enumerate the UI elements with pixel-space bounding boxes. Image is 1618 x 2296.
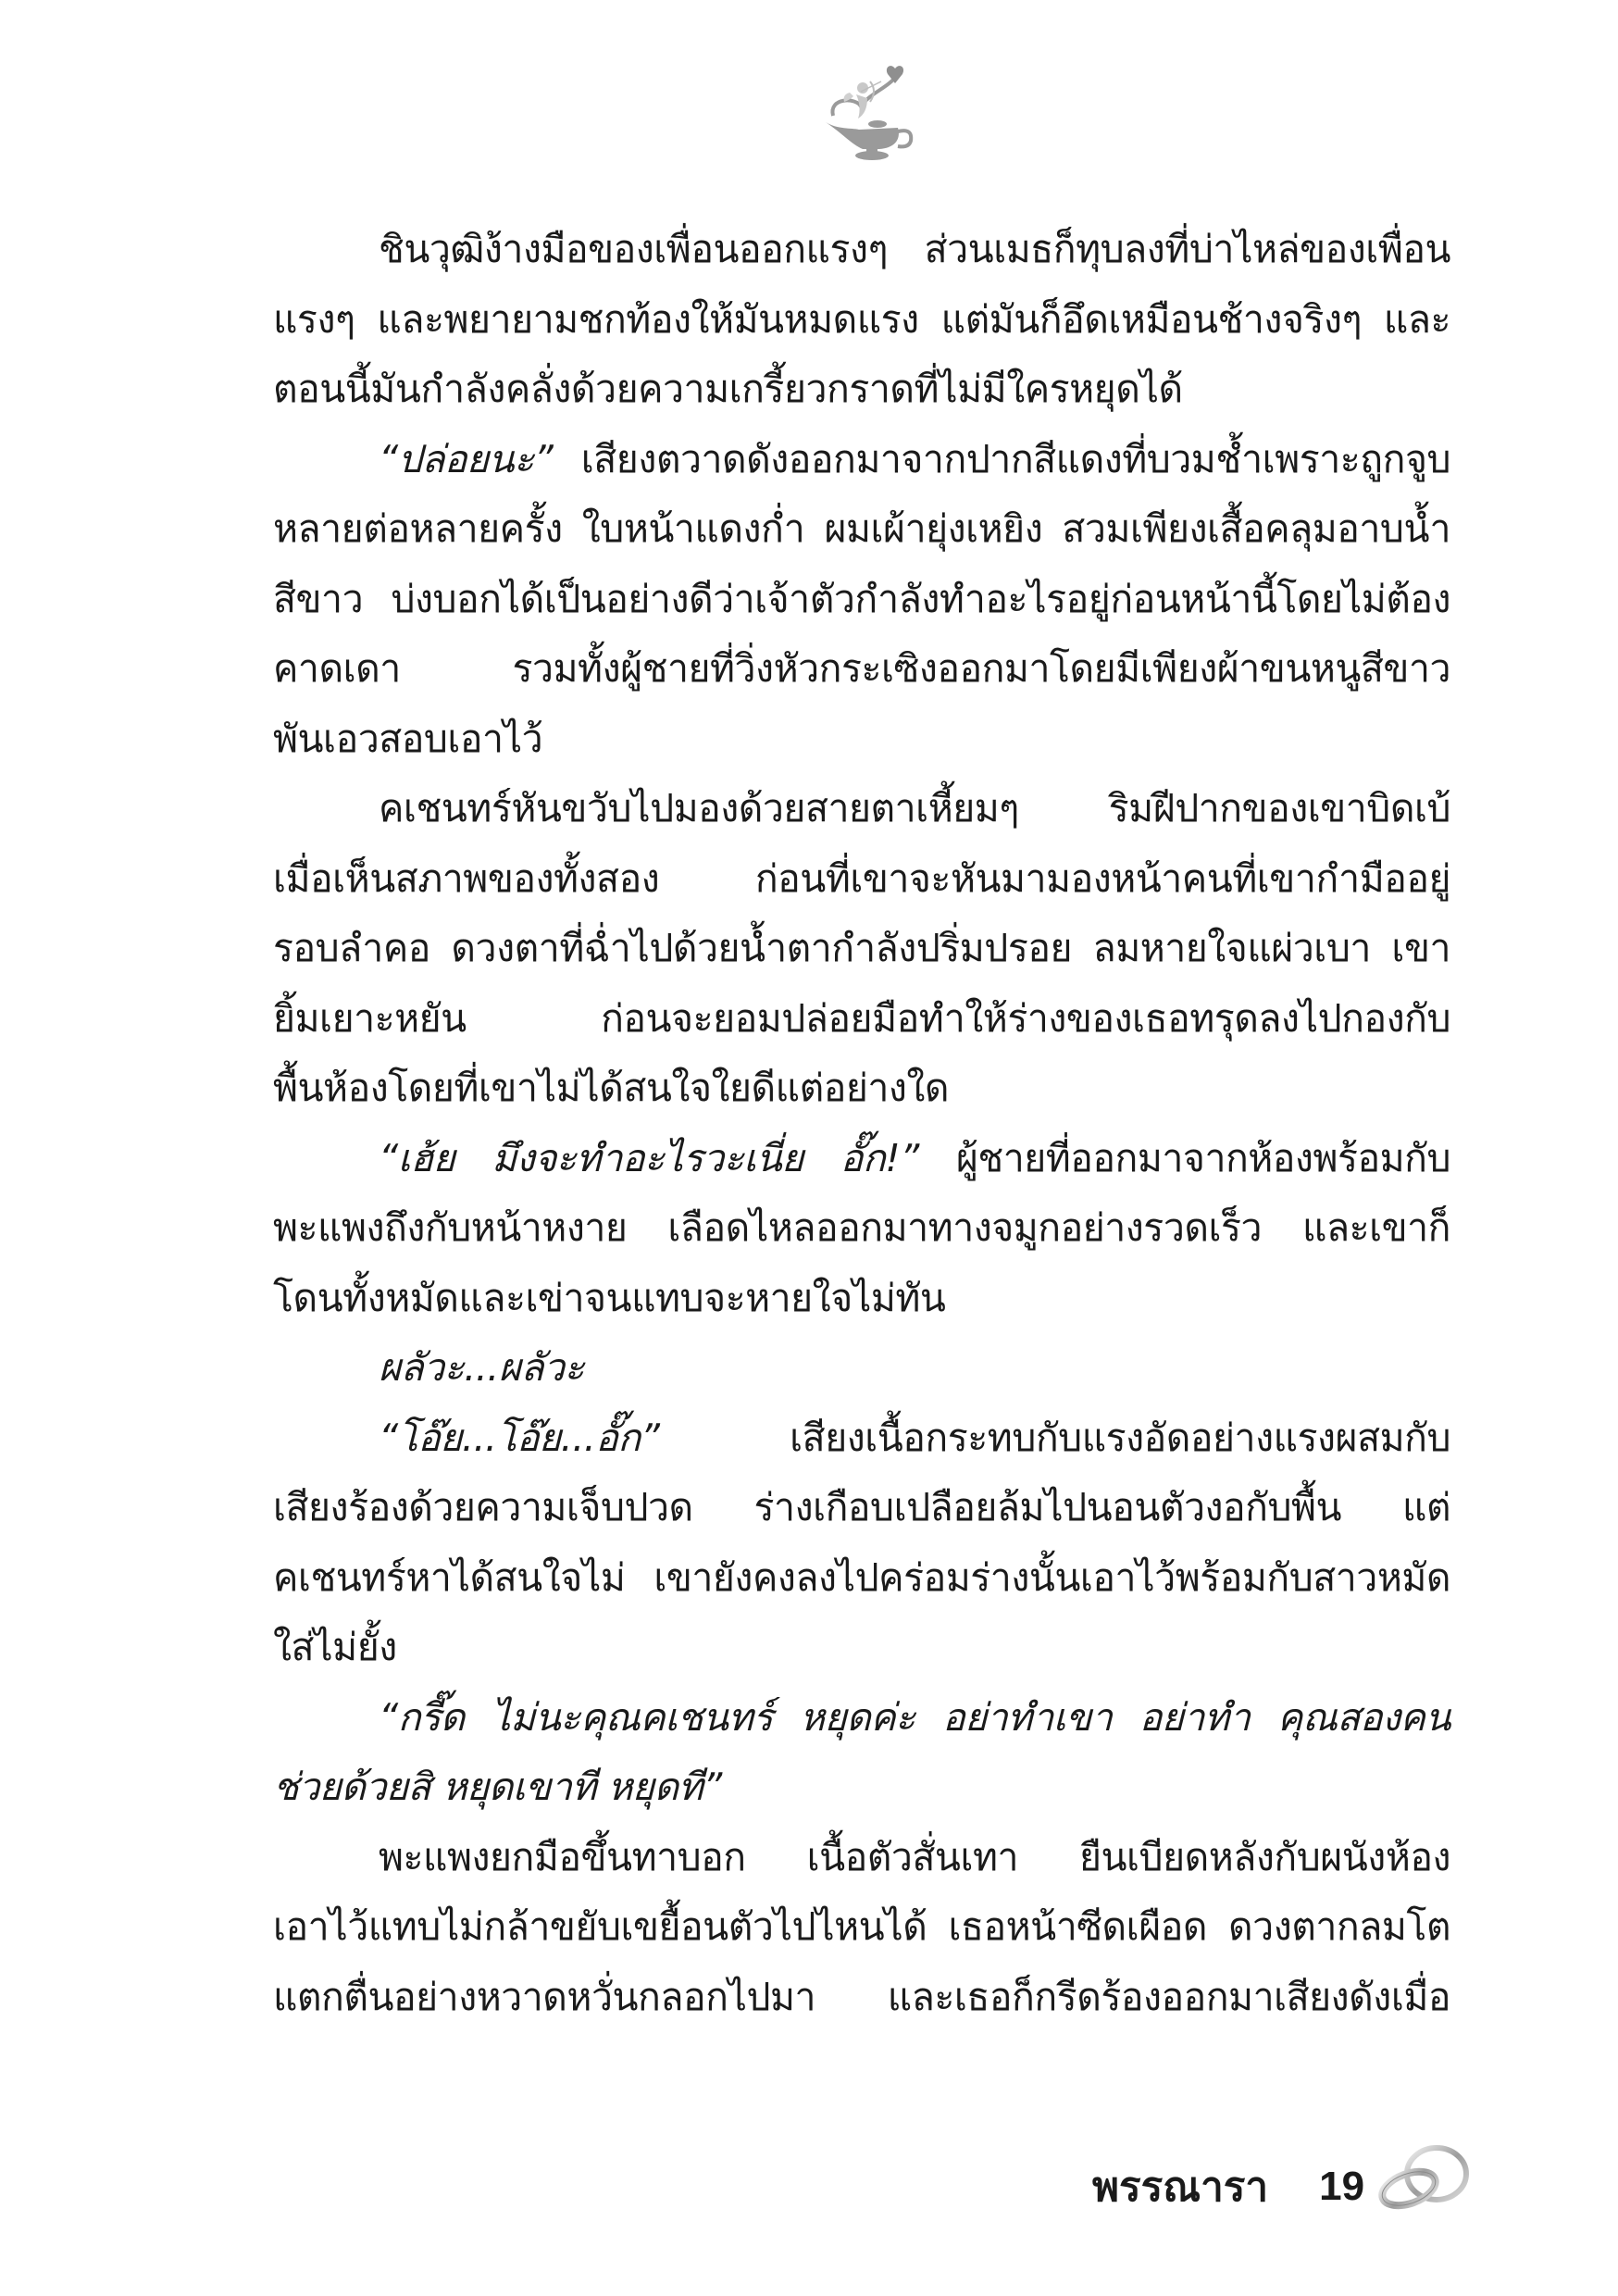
text-line: คาดเดา รวมทั้งผู้ชายที่วิ่งหัวกระเซิงออก… <box>273 634 1450 705</box>
text-line: สีขาว บ่งบอกได้เป็นอย่างดีว่าเจ้าตัวกำลั… <box>273 565 1450 635</box>
text-line: หลายต่อหลายครั้ง ใบหน้าแดงก่ำ ผมเผ้ายุ่ง… <box>273 494 1450 565</box>
dialogue-text: “โอ๊ย...โอ๊ย...อั๊ก” <box>379 1416 659 1460</box>
narrative-text: เสียงตวาดดังออกมาจากปากสีแดงที่บวมช้ำเพร… <box>553 437 1450 481</box>
text-line: “โอ๊ย...โอ๊ย...อั๊ก” เสียงเนื้อกระทบกับแ… <box>273 1404 1450 1474</box>
narrative-text: ชินวุฒิง้างมือของเพื่อนออกแรงๆ ส่วนเมธก็… <box>379 227 1450 271</box>
paragraph: คเชนทร์หันขวับไปมองด้วยสายตาเหี้ยมๆ ริมฝ… <box>273 774 1450 1124</box>
text-line: รอบลำคอ ดวงตาที่ฉ่ำไปด้วยน้ำตากำลังปริ่ม… <box>273 914 1450 984</box>
narrative-text: คเชนทร์หาได้สนใจไม่ เขายังคงลงไปคร่อมร่า… <box>273 1555 1450 1600</box>
text-line: “เฮ้ย มึงจะทำอะไรวะเนี่ย อั๊ก!” ผู้ชายที… <box>273 1124 1450 1194</box>
book-title: พรรณารา <box>1092 2154 1268 2219</box>
paragraph: “เฮ้ย มึงจะทำอะไรวะเนี่ย อั๊ก!” ผู้ชายที… <box>273 1124 1450 1334</box>
text-line: “กรี๊ด ไม่นะคุณคเชนทร์ หยุดค่ะ อย่าทำเขา… <box>273 1683 1450 1753</box>
narrative-text: พะแพงถึงกับหน้าหงาย เลือดไหลออกมาทางจมูก… <box>273 1205 1450 1250</box>
magic-lamp-cupid-icon <box>805 56 926 167</box>
narrative-text: พันเอวสอบเอาไว้ <box>273 717 542 761</box>
paragraph: ผลัวะ...ผลัวะ <box>273 1333 1450 1404</box>
narrative-text: หลายต่อหลายครั้ง ใบหน้าแดงก่ำ ผมเผ้ายุ่ง… <box>273 506 1450 551</box>
text-line: เอาไว้แทบไม่กล้าขยับเขยื้อนตัวไปไหนได้ เ… <box>273 1892 1450 1963</box>
text-line: “ปล่อยนะ” เสียงตวาดดังออกมาจากปากสีแดงที… <box>273 425 1450 495</box>
wedding-rings-icon <box>1374 2140 1475 2215</box>
text-line: เสียงร้องด้วยความเจ็บปวด ร่างเกือบเปลือย… <box>273 1473 1450 1543</box>
narrative-text: แรงๆ และพยายามชกท้องให้มันหมดแรง แต่มันก… <box>273 297 1450 342</box>
text-line: คเชนทร์หาได้สนใจไม่ เขายังคงลงไปคร่อมร่า… <box>273 1543 1450 1614</box>
dialogue-text: “กรี๊ด ไม่นะคุณคเชนทร์ หยุดค่ะ อย่าทำเขา… <box>379 1695 1450 1740</box>
text-line: โดนทั้งหมัดและเข่าจนแทบจะหายใจไม่ทัน <box>273 1264 1450 1334</box>
narrative-text: ใส่ไม่ยั้ง <box>273 1625 397 1669</box>
paragraph: “กรี๊ด ไม่นะคุณคเชนทร์ หยุดค่ะ อย่าทำเขา… <box>273 1683 1450 1823</box>
narrative-text: คาดเดา รวมทั้งผู้ชายที่วิ่งหัวกระเซิงออก… <box>273 646 1450 691</box>
text-line: แรงๆ และพยายามชกท้องให้มันหมดแรง แต่มันก… <box>273 285 1450 356</box>
text-line: ชินวุฒิง้างมือของเพื่อนออกแรงๆ ส่วนเมธก็… <box>273 215 1450 285</box>
text-line: พะแพงยกมือขึ้นทาบอก เนื้อตัวสั่นเทา ยืนเ… <box>273 1823 1450 1893</box>
page-footer: พรรณารา 19 <box>1092 2150 1475 2224</box>
paragraph: ชินวุฒิง้างมือของเพื่อนออกแรงๆ ส่วนเมธก็… <box>273 215 1450 425</box>
narrative-text: ผู้ชายที่ออกมาจากห้องพร้อมกับ <box>919 1136 1450 1180</box>
dialogue-text: “เฮ้ย มึงจะทำอะไรวะเนี่ย อั๊ก!” <box>379 1136 919 1180</box>
paragraph: พะแพงยกมือขึ้นทาบอก เนื้อตัวสั่นเทา ยืนเ… <box>273 1823 1450 2033</box>
narrative-text: สีขาว บ่งบอกได้เป็นอย่างดีว่าเจ้าตัวกำลั… <box>273 577 1450 621</box>
book-page: ชินวุฒิง้างมือของเพื่อนออกแรงๆ ส่วนเมธก็… <box>0 0 1618 2296</box>
narrative-text: คเชนทร์หันขวับไปมองด้วยสายตาเหี้ยมๆ ริมฝ… <box>379 786 1450 830</box>
paragraph: “ปล่อยนะ” เสียงตวาดดังออกมาจากปากสีแดงที… <box>273 425 1450 775</box>
text-line: คเชนทร์หันขวับไปมองด้วยสายตาเหี้ยมๆ ริมฝ… <box>273 774 1450 844</box>
paragraph: “โอ๊ย...โอ๊ย...อั๊ก” เสียงเนื้อกระทบกับแ… <box>273 1404 1450 1683</box>
narrative-text: พื้นห้องโดยที่เขาไม่ได้สนใจใยดีแต่อย่างใ… <box>273 1066 949 1110</box>
dialogue-text: ผลัวะ...ผลัวะ <box>379 1345 584 1390</box>
text-line: พะแพงถึงกับหน้าหงาย เลือดไหลออกมาทางจมูก… <box>273 1193 1450 1264</box>
text-line: ตอนนี้มันกำลังคลั่งด้วยความเกรี้ยวกราดที… <box>273 355 1450 425</box>
text-line: เมื่อเห็นสภาพของทั้งสอง ก่อนที่เขาจะหันม… <box>273 844 1450 915</box>
text-line: แตกตื่นอย่างหวาดหวั่นกลอกไปมา และเธอก็กร… <box>273 1963 1450 2033</box>
dialogue-text: “ปล่อยนะ” <box>379 437 553 481</box>
narrative-text: เสียงเนื้อกระทบกับแรงอัดอย่างแรงผสมกับ <box>659 1416 1450 1460</box>
page-number: 19 <box>1319 2164 1364 2210</box>
story-body: ชินวุฒิง้างมือของเพื่อนออกแรงๆ ส่วนเมธก็… <box>273 215 1450 2032</box>
narrative-text: ตอนนี้มันกำลังคลั่งด้วยความเกรี้ยวกราดที… <box>273 367 1183 411</box>
dialogue-text: ช่วยด้วยสิ หยุดเขาที หยุดที” <box>273 1765 722 1809</box>
narrative-text: ยิ้มเยาะหยัน ก่อนจะยอมปล่อยมือทำให้ร่างข… <box>273 996 1450 1041</box>
narrative-text: พะแพงยกมือขึ้นทาบอก เนื้อตัวสั่นเทา ยืนเ… <box>379 1835 1450 1879</box>
narrative-text: เมื่อเห็นสภาพของทั้งสอง ก่อนที่เขาจะหันม… <box>273 856 1450 901</box>
narrative-text: เสียงร้องด้วยความเจ็บปวด ร่างเกือบเปลือย… <box>273 1485 1450 1529</box>
text-line: ผลัวะ...ผลัวะ <box>273 1333 1450 1404</box>
narrative-text: โดนทั้งหมัดและเข่าจนแทบจะหายใจไม่ทัน <box>273 1276 945 1320</box>
text-line: ยิ้มเยาะหยัน ก่อนจะยอมปล่อยมือทำให้ร่างข… <box>273 984 1450 1054</box>
text-line: พันเอวสอบเอาไว้ <box>273 705 1450 775</box>
narrative-text: แตกตื่นอย่างหวาดหวั่นกลอกไปมา และเธอก็กร… <box>273 1975 1450 2019</box>
text-line: พื้นห้องโดยที่เขาไม่ได้สนใจใยดีแต่อย่างใ… <box>273 1054 1450 1124</box>
narrative-text: รอบลำคอ ดวงตาที่ฉ่ำไปด้วยน้ำตากำลังปริ่ม… <box>273 926 1450 970</box>
narrative-text: เอาไว้แทบไม่กล้าขยับเขยื้อนตัวไปไหนได้ เ… <box>273 1904 1450 1949</box>
text-line: ช่วยด้วยสิ หยุดเขาที หยุดที” <box>273 1753 1450 1823</box>
text-line: ใส่ไม่ยั้ง <box>273 1613 1450 1683</box>
